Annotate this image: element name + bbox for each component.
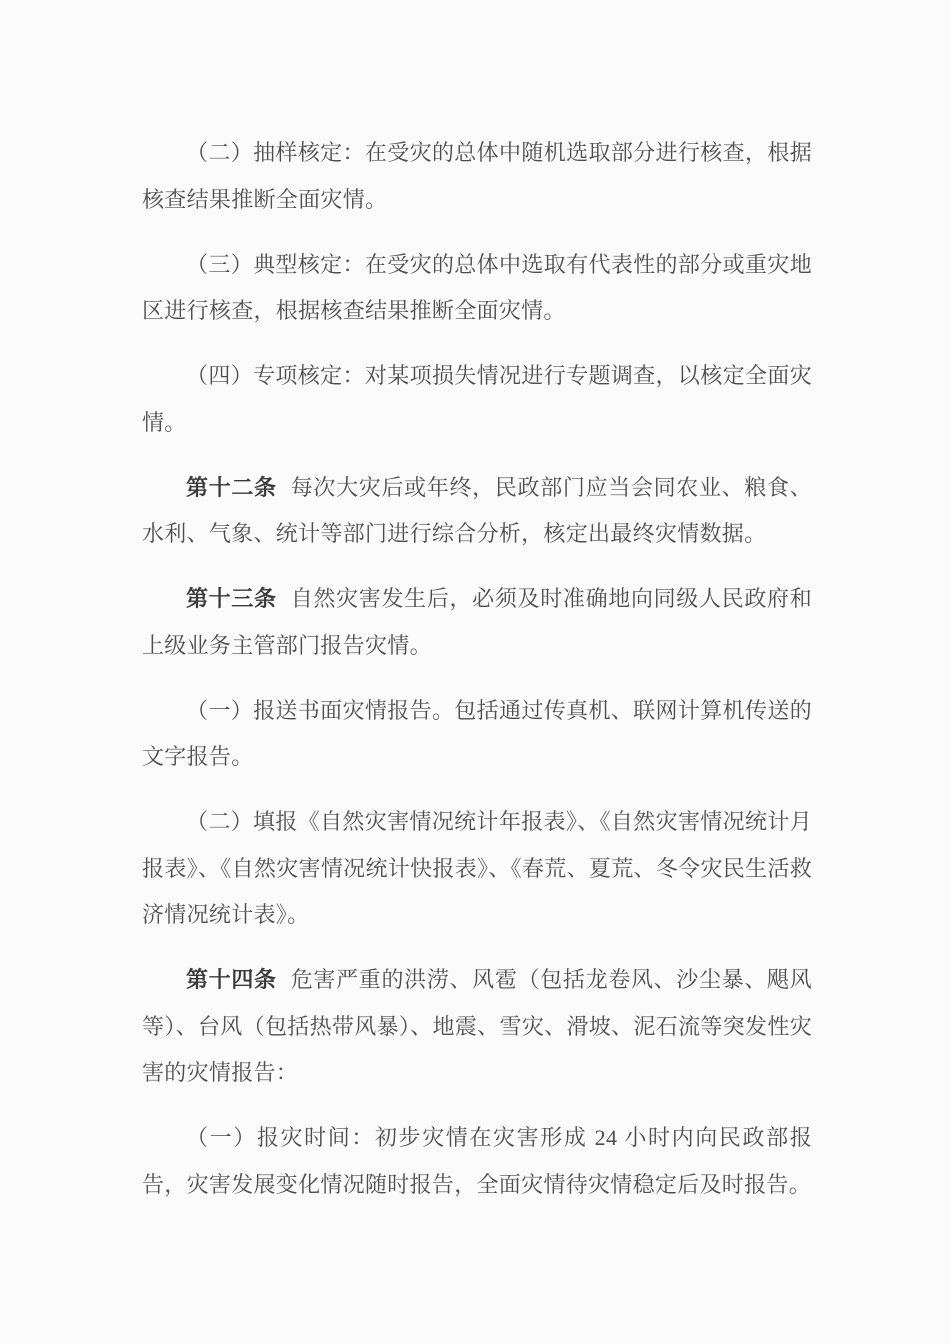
article-number: 第十二条 xyxy=(186,475,277,500)
paragraph: （一）报灾时间：初步灾情在灾害形成 24 小时内向民政部报告，灾害发展变化情况随… xyxy=(142,1115,812,1208)
paragraph-text: （二）填报《自然灾害情况统计年报表》、《自然灾害情况统计月报表》、《自然灾害情况… xyxy=(142,809,812,927)
paragraph: 第十三条自然灾害发生后，必须及时准确地向同级人民政府和上级业务主管部门报告灾情。 xyxy=(142,576,812,669)
paragraph: （三）典型核定：在受灾的总体中选取有代表性的部分或重灾地区进行核查，根据核查结果… xyxy=(142,242,812,335)
paragraph-text: （一）报送书面灾情报告。包括通过传真机、联网计算机传送的文字报告。 xyxy=(142,698,812,770)
article-number: 第十三条 xyxy=(186,586,277,611)
article-number: 第十四条 xyxy=(186,967,277,992)
paragraph: （一）报送书面灾情报告。包括通过传真机、联网计算机传送的文字报告。 xyxy=(142,688,812,781)
paragraph-text: （三）典型核定：在受灾的总体中选取有代表性的部分或重灾地区进行核查，根据核查结果… xyxy=(142,252,812,324)
paragraph: （二）抽样核定：在受灾的总体中随机选取部分进行核查，根据核查结果推断全面灾情。 xyxy=(142,130,812,223)
paragraph: （四）专项核定：对某项损失情况进行专题调查，以核定全面灾情。 xyxy=(142,353,812,446)
paragraph: 第十二条每次大灾后或年终，民政部门应当会同农业、粮食、水利、气象、统计等部门进行… xyxy=(142,465,812,558)
document-page: （二）抽样核定：在受灾的总体中随机选取部分进行核查，根据核查结果推断全面灾情。 … xyxy=(0,0,950,1344)
paragraph-text: （二）抽样核定：在受灾的总体中随机选取部分进行核查，根据核查结果推断全面灾情。 xyxy=(142,140,812,212)
paragraph: （二）填报《自然灾害情况统计年报表》、《自然灾害情况统计月报表》、《自然灾害情况… xyxy=(142,799,812,939)
paragraph-text: （四）专项核定：对某项损失情况进行专题调查，以核定全面灾情。 xyxy=(142,363,812,435)
paragraph: 第十四条危害严重的洪涝、风雹（包括龙卷风、沙尘暴、飓风等）、台风（包括热带风暴）… xyxy=(142,957,812,1097)
paragraph-text: （一）报灾时间：初步灾情在灾害形成 24 小时内向民政部报告，灾害发展变化情况随… xyxy=(142,1125,812,1197)
